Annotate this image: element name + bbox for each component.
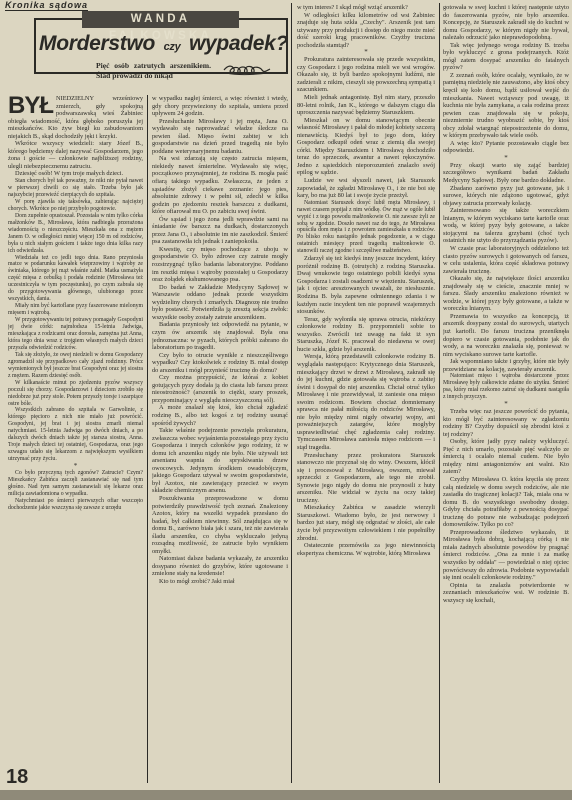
paragraph: Przy okazji warto się zająć bardziej szc…: [443, 162, 569, 185]
paragraph: Przemawia to wszystko za koncepcją, iż a…: [443, 313, 569, 358]
title-part-2: czy: [164, 41, 181, 53]
paragraph: Tak się złożyło, że owej niedzieli w dom…: [8, 352, 143, 380]
column-rule: [147, 95, 148, 783]
paragraph: gotowała w swej kuchni i której następni…: [443, 4, 569, 42]
paragraph: W czasie prac laboratoryjnych oddzielono…: [443, 245, 569, 275]
paragraph: Czyżby Mirosława O. która kręciła się pr…: [443, 476, 569, 529]
article-column-2: w wypadku nagłej śmierci, a więc również…: [152, 95, 288, 783]
paragraph: Na wsi zdarzają się często zatrucia mięs…: [152, 155, 288, 215]
paragraph: Okazało się, że największe ilości arszen…: [443, 275, 569, 313]
paragraph: Jak wspomniano także i grzyby, które nie…: [443, 358, 569, 373]
section-label: Kronika sądowa: [5, 0, 88, 11]
title-part-3: wypadek?: [189, 32, 288, 55]
article-column-3: w tym interes? I skąd mógł wziąć arszeni…: [297, 4, 435, 783]
dropcap: BYŁ: [8, 96, 53, 116]
page-number: 18: [6, 767, 28, 787]
paragraph: Przeprowadzone śledztwo wykazało, iż Mir…: [443, 529, 569, 582]
section-separator: *: [8, 463, 143, 470]
section-separator: *: [443, 155, 569, 162]
paragraph: Dziesięć osób! W tym troje małych dzieci…: [8, 170, 143, 178]
paragraph: Poszukiwania przeprowadzone w domu potwi…: [152, 495, 288, 555]
paragraph: Kwestię, czy mięso pochodzące z uboju w …: [152, 246, 288, 284]
paragraph: W porę zjawiła się taksówka, zabierając …: [8, 199, 143, 213]
paragraph: Dom zupełnie opustoszał. Pozostała w nim…: [8, 213, 143, 255]
paragraph: Kto to mógł zrobić? Jaki miał: [152, 578, 288, 586]
article-subhead: Pięć osób zatrutych arszenikiem. Ślad pr…: [96, 61, 211, 81]
scan-edge: [0, 790, 572, 800]
paragraph: Zbadano zarówno pyzy już gotowane, jak i…: [443, 185, 569, 208]
paragraph: Przesłuchanie Mirosławy i jej męża, Jana…: [152, 118, 288, 156]
paragraph: A może znalazł się ktoś, kto chciał zgła…: [152, 404, 288, 427]
paragraph: Natomiast mięso i wątroba dostarczone pr…: [443, 373, 569, 401]
paragraph: Natomiast Staruszek dosyć lubił męża Mir…: [297, 200, 435, 256]
paragraph: Przesłuchany przez prokuratora Staruszek…: [297, 452, 435, 505]
paragraph: Natomiast dalsze badania wykazały, że ar…: [152, 555, 288, 578]
paragraph: Stan chorych był tak poważny, że nikt ni…: [8, 178, 143, 199]
paragraph: w wypadku nagłej śmierci, a więc również…: [152, 95, 288, 118]
paragraph: Tak więc jedynego wroga rodziny B. trzeb…: [443, 42, 569, 72]
paragraph: Teraz, gdy wyłoniła się sprawa otrucia, …: [297, 316, 435, 354]
author-name: WANDA FALKOWSKA: [82, 11, 239, 28]
paragraph: W odległości kilku kilometrów od wsi Żab…: [297, 12, 435, 50]
section-separator: *: [297, 49, 435, 56]
paragraph: Prokuratura zainteresowała się przede ws…: [297, 56, 435, 94]
paragraph: Czy było to otrucie wynikłe z nieszczęśl…: [152, 352, 288, 375]
paragraph: Opinia ta znalazła potwierdzenie w zezna…: [443, 582, 569, 605]
column-rule: [439, 3, 440, 783]
signature-flourish-icon: [222, 63, 272, 77]
section-separator: *: [443, 401, 569, 408]
paragraph: W kilkanaście minut po zjedzeniu pyzów w…: [8, 380, 143, 408]
paragraph: W przygotowywaniu tej potrawy pomagały G…: [8, 317, 143, 352]
paragraph: Wiedziała też co jedli tego dnia. Rano p…: [8, 255, 143, 304]
paragraph: Takie właśnie podejrzenie powzięła proku…: [152, 427, 288, 495]
paragraph: Mieli jednak antagonistę. Był nim stary,…: [297, 94, 435, 117]
article-column-1: BYŁ NIEDZIELNY wrześniowy zmierzch, gdy …: [8, 95, 143, 765]
paragraph: Mieszkańcy Żabińca w zasadzie wierzyli S…: [297, 504, 435, 542]
article-title: Morderstwo czy wypadek?: [39, 32, 285, 56]
paragraph: Zdarzył się też kiedyś inny jeszcze incy…: [297, 255, 435, 315]
column-rule: [291, 3, 292, 783]
paragraph: Ów sąsiad i jego żona jedli wprawdzie sa…: [152, 216, 288, 246]
paragraph: Do badań w Zakładzie Medycyny Sądowej w …: [152, 284, 288, 322]
paragraph: Zainteresowano się także woreczkiem lnia…: [443, 207, 569, 245]
paragraph: Trzeba więc raz jeszcze powrócić do pyta…: [443, 408, 569, 438]
paragraph: Osoby, które jadły pyzy należy wykluczyć…: [443, 438, 569, 476]
paragraph: Badania przyniosły też odpowiedź na pyta…: [152, 321, 288, 351]
title-part-1: Morderstwo: [39, 32, 155, 55]
paragraph: Wszystkich zabrano do szpitala w Garwoli…: [8, 407, 143, 463]
paragraph: Co było przyczyną tych zgonów? Zatrucie?…: [8, 470, 143, 498]
paragraph: Wkrótce wszyscy wiedzieli: stary Józef B…: [8, 140, 143, 170]
paragraph: Natychmiast po śmierci pierwszych ofiar …: [8, 498, 143, 512]
paragraph: Miały nim być kartoflane pyzy faszerowan…: [8, 303, 143, 317]
article-column-4: gotowała w swej kuchni i której następni…: [443, 4, 569, 783]
paragraph: w tym interes? I skąd mógł wziąć arszeni…: [297, 4, 435, 12]
paragraph: Ostatecznie przemówiła za jego niewinnoś…: [297, 542, 435, 557]
paragraph: Czy można przypuścić, że któraś z kobiet…: [152, 374, 288, 404]
paragraph: Ludzie we wsi słyszeli nawet, jak Starus…: [297, 177, 435, 200]
paragraph: A więc kto? Pytanie pozostawało ciągle b…: [443, 140, 569, 155]
paragraph: Mieszkał on w domu stanowiącym obecnie w…: [297, 117, 435, 177]
paragraph: Wersja, którą przedstawili członkowie ro…: [297, 353, 435, 451]
paragraph: Z zeznań osób, które ocalały, wynikało, …: [443, 72, 569, 140]
